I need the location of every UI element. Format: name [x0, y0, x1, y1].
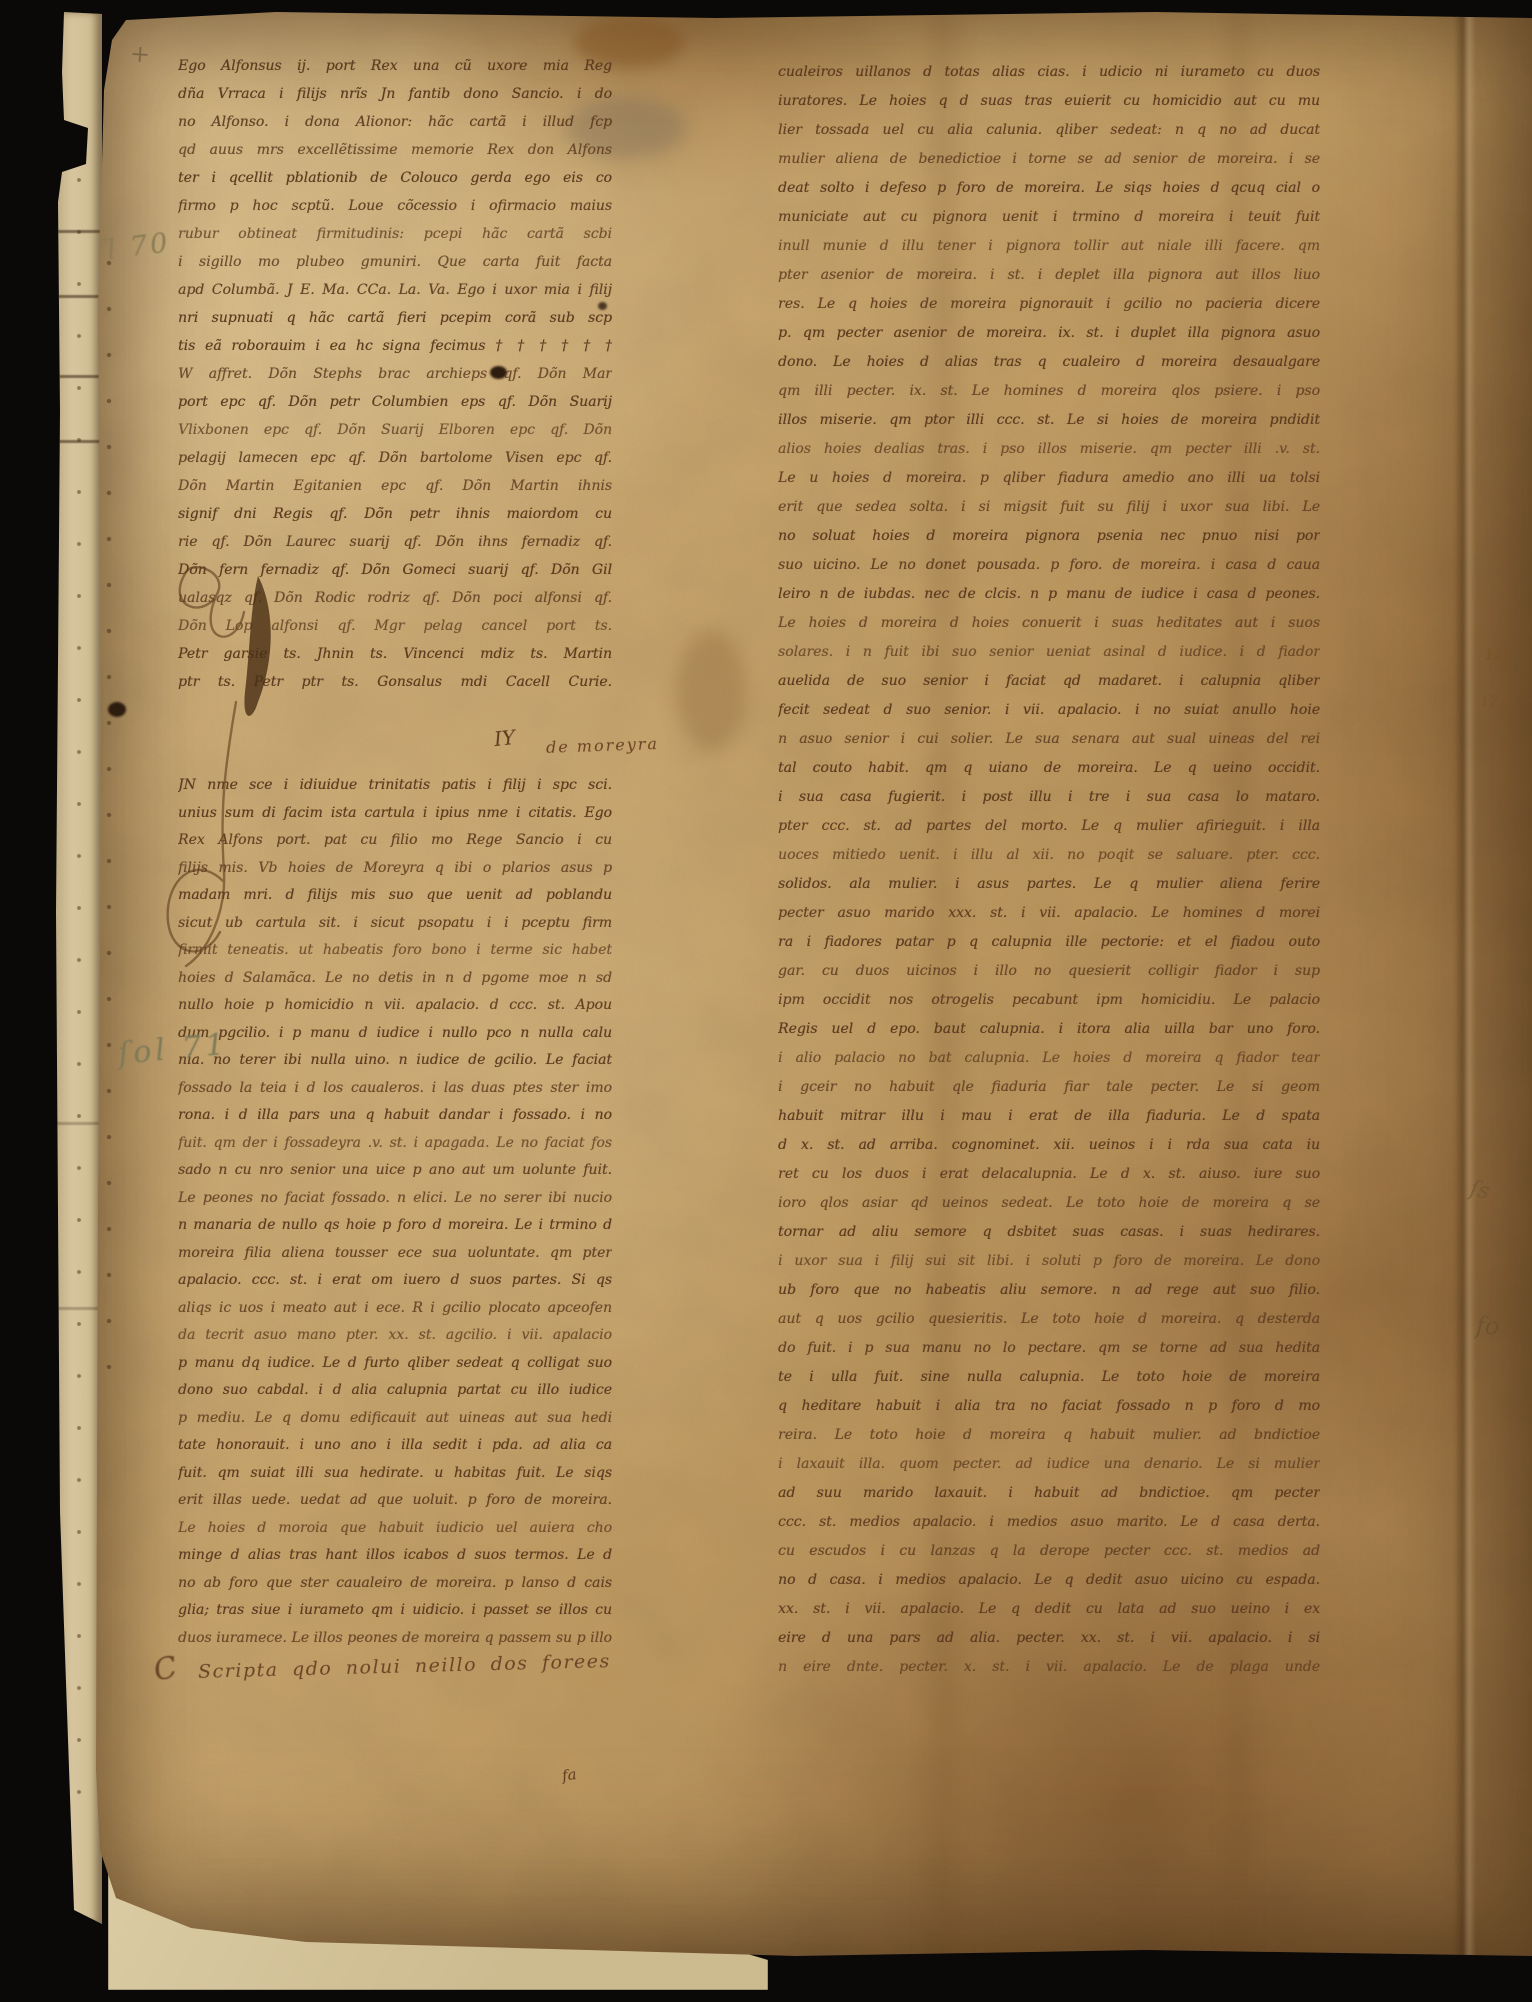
manuscript-photograph: Ego Alfonsus ij. port Rex una cũ uxore m…	[0, 0, 1532, 2002]
manuscript-text-line: auelida de suo senior i faciat qd madare…	[778, 667, 1320, 696]
manuscript-text-line: ret cu los duos i erat delacalupnia. Le …	[778, 1160, 1320, 1189]
text-column-2: cualeiros uillanos d totas alias cias. i…	[778, 58, 1320, 1682]
manuscript-text-line: sado n cu nro senior una uice p ano aut …	[178, 1157, 612, 1185]
bottom-center-mark: fa	[561, 1765, 578, 1785]
manuscript-text-line: gar. cu duos uicinos i illo no quesierit…	[778, 957, 1320, 986]
manuscript-text-line: no soluat hoies d moreira pignora psenia…	[778, 522, 1320, 551]
manuscript-text-line: q heditare habuit i alia tra no faciat f…	[778, 1392, 1320, 1421]
manuscript-text-line: tornar ad aliu semore q dsbitet suas cas…	[778, 1218, 1320, 1247]
manuscript-text-line: Vlixbonen epc qf. Dõn Suarij Elboren epc…	[178, 416, 612, 444]
manuscript-text-line: tal couto habit. qm q uiano de moreira. …	[778, 754, 1320, 783]
manuscript-text-line: ub foro que no habeatis aliu semore. n a…	[778, 1276, 1320, 1305]
vertical-crease-line	[1454, 10, 1476, 1958]
manuscript-text-line: tis eã roborauim i ea hc signa fecimus †…	[178, 332, 612, 360]
manuscript-text-line: dono. Le hoies d alias tras q cualeiro d…	[778, 348, 1320, 377]
manuscript-text-line: apalacio. ccc. st. i erat om iuero d suo…	[178, 1267, 612, 1295]
manuscript-text-line: cu escudos i cu lanzas q la derope pecte…	[778, 1537, 1320, 1566]
manuscript-text-line: Regis uel d epo. baut calupnia. i itora …	[778, 1015, 1320, 1044]
manuscript-text-line: cualeiros uillanos d totas alias cias. i…	[778, 58, 1320, 87]
colophon-note: Scripta qdo nolui neillo dos forees	[198, 1647, 718, 1683]
manuscript-text-line: fuit. qm suiat illi sua hedirate. u habi…	[178, 1460, 612, 1488]
manuscript-text-line: ter i qcellit pblationib de Colouco gerd…	[178, 164, 612, 192]
manuscript-text-line: pter asenior de moreira. i st. i deplet …	[778, 261, 1320, 290]
manuscript-text-line: suo uicino. Le no donet pousada. p foro.…	[778, 551, 1320, 580]
folio-annotation-70: ſl 70	[92, 227, 172, 267]
manuscript-text-line: te i ulla fuit. sine nulla calupnia. Le …	[778, 1363, 1320, 1392]
pricking-dots	[106, 240, 112, 1370]
manuscript-text-line: Le hoies d moroia que habuit iudicio uel…	[178, 1515, 612, 1543]
manuscript-text-line: qm illi pecter. ix. st. Le homines d mor…	[778, 377, 1320, 406]
manuscript-text-line: Le u hoies d moreira. p qliber fiadura a…	[778, 464, 1320, 493]
manuscript-text-line: nullo hoie p homicidio n vii. apalacio. …	[178, 992, 612, 1020]
manuscript-text-line: ipm occidit nos otrogelis pecabunt ipm h…	[778, 986, 1320, 1015]
manuscript-text-line: erit que sedea solta. i si migsit fuit s…	[778, 493, 1320, 522]
manuscript-text-line: signif dni Regis qf. Dõn petr ihnis maio…	[178, 500, 612, 528]
manuscript-text-line: uoces mitiedo uenit. i illu al xii. no p…	[778, 841, 1320, 870]
manuscript-text-line: i uxor sua i filij sui sit libi. i solut…	[778, 1247, 1320, 1276]
manuscript-text-line: pelagij lamecen epc qf. Dõn bartolome Vi…	[178, 444, 612, 472]
manuscript-text-line: port epc qf. Dõn petr Columbien eps qf. …	[178, 388, 612, 416]
manuscript-text-line: minge d alias tras hant illos icabos d s…	[178, 1542, 612, 1570]
archival-number: 129	[1484, 646, 1513, 664]
manuscript-text-line: lier tossada uel cu alia calunia. qliber…	[778, 116, 1320, 145]
manuscript-text-line: p manu dq iudice. Le d furto qliber sede…	[178, 1350, 612, 1378]
manuscript-text-line: dum pgcilio. i p manu d iudice i nullo p…	[178, 1020, 612, 1048]
manuscript-text-line: nia. no terer ibi nulla uino. n iudice d…	[178, 1047, 612, 1075]
stain	[676, 630, 746, 750]
manuscript-text-line: duos iuramece. Le illos peones de moreir…	[178, 1625, 612, 1653]
manuscript-text-line: eire d una pars ad alia. pecter. xx. st.…	[778, 1624, 1320, 1653]
manuscript-text-line: glia; tras siue i iurameto qm i uidicio.…	[178, 1597, 612, 1625]
manuscript-text-line: nri supnuati q hãc cartã fieri pcepim co…	[178, 304, 612, 332]
manuscript-text-line: p. qm pecter asenior de moreira. ix. st.…	[778, 319, 1320, 348]
manuscript-text-line: pecter asuo marido xxx. st. i vii. apala…	[778, 899, 1320, 928]
manuscript-text-line: no ab foro que ster caualeiro de moreira…	[178, 1570, 612, 1598]
manuscript-text-line: fossado la teia i d los caualeros. i las…	[178, 1075, 612, 1103]
manuscript-text-line: W affret. Dõn Stephs brac archieps qf. D…	[178, 360, 612, 388]
manuscript-text-line: illos miserie. qm ptor illi ccc. st. Le …	[778, 406, 1320, 435]
manuscript-text-line: xx. st. i vii. apalacio. Le q dedit cu l…	[778, 1595, 1320, 1624]
manuscript-text-line: solidos. ala mulier. i asus partes. Le q…	[778, 870, 1320, 899]
manuscript-text-line: reira. Le toto hoie d moreira q habuit m…	[778, 1421, 1320, 1450]
manuscript-text-line: do fuit. i p sua manu no lo pectare. qm …	[778, 1334, 1320, 1363]
section-paragraph-mark: IY	[493, 725, 517, 751]
manuscript-text-line: i sua casa fugierit. i post illu i tre i…	[778, 783, 1320, 812]
manuscript-text-line: ra i fiadores patar p q calupnia ille pe…	[778, 928, 1320, 957]
manuscript-text-line: i gceir no habuit qle fiaduria fiar tale…	[778, 1073, 1320, 1102]
margin-squiggle: ſs	[1468, 1176, 1492, 1204]
manuscript-text-line: no Alfonso. i dona Alionor: hãc cartã i …	[178, 108, 612, 136]
manuscript-text-line: ioro qlos asiar qd ueinos sedeat. Le tot…	[778, 1189, 1320, 1218]
manuscript-text-line: aliqs ic uos i meato aut i ece. R i gcil…	[178, 1295, 612, 1323]
manuscript-text-line: tate honorauit. i uno ano i illa sedit i…	[178, 1432, 612, 1460]
manuscript-text-line: mulier aliena de benedictioe i torne se …	[778, 145, 1320, 174]
manuscript-text-line: n manaria de nullo qs hoie p foro d more…	[178, 1212, 612, 1240]
manuscript-text-line: ad suu marido laxauit. i habuit ad bndic…	[778, 1479, 1320, 1508]
parchment-page: Ego Alfonsus ij. port Rex una cũ uxore m…	[96, 10, 1532, 1958]
manuscript-text-line: Ego Alfonsus ij. port Rex una cũ uxore m…	[178, 52, 612, 80]
top-cross-mark: +	[129, 39, 151, 68]
manuscript-text-line: res. Le q hoies de moreira pignorauit i …	[778, 290, 1320, 319]
manuscript-text-line: fuit. qm der i fossadeyra .v. st. i apag…	[178, 1130, 612, 1158]
manuscript-text-line: rubur obtineat firmitudinis: pcepi hãc c…	[178, 220, 612, 248]
manuscript-text-line: dono suo cabdal. i d alia calupnia parta…	[178, 1377, 612, 1405]
manuscript-text-line: Le peones no faciat fossado. n elici. Le…	[178, 1185, 612, 1213]
archival-number: 12.7	[1480, 692, 1513, 710]
manuscript-text-line: d x. st. ad arriba. cognominet. xii. uei…	[778, 1131, 1320, 1160]
manuscript-text-line: iuratores. Le hoies q d suas tras euieri…	[778, 87, 1320, 116]
manuscript-text-line: deat solto i defeso p foro de moreira. L…	[778, 174, 1320, 203]
manuscript-text-line: dña Vrraca i filijs nrĩs Jn fantib dono …	[178, 80, 612, 108]
manuscript-text-line: apd Columbã. J E. Ma. CCa. La. Va. Ego i…	[178, 276, 612, 304]
manuscript-text-line: fecit sedeat d suo senior. i vii. apalac…	[778, 696, 1320, 725]
manuscript-text-line: i laxauit illa. quom pecter. ad iudice u…	[778, 1450, 1320, 1479]
manuscript-text-line: Le hoies d moreira d hoies conuerit i su…	[778, 609, 1320, 638]
manuscript-text-line: ccc. st. medios apalacio. i medios asuo …	[778, 1508, 1320, 1537]
section-heading-moreyra: de moreyra	[546, 734, 660, 757]
manuscript-text-line: no d casa. i medios apalacio. Le q dedit…	[778, 1566, 1320, 1595]
manuscript-text-line: Dõn Martin Egitanien epc qf. Dõn Martin …	[178, 472, 612, 500]
manuscript-text-line: qd auus mrs excellẽtissime memorie Rex d…	[178, 136, 612, 164]
manuscript-text-line: habuit mitrar illu i mau i erat de illa …	[778, 1102, 1320, 1131]
manuscript-text-line: moreira filia aliena tousser ece sua uol…	[178, 1240, 612, 1268]
manuscript-text-line: inull munie d illu tener i pignora tolli…	[778, 232, 1320, 261]
pen-flourish-drawing	[124, 550, 294, 980]
manuscript-text-line: rona. i d illa pars una q habuit dandar …	[178, 1102, 612, 1130]
manuscript-text-line: i alio palacio no bat calupnia. Le hoies…	[778, 1044, 1320, 1073]
manuscript-text-line: p mediu. Le q domu edificauit aut uineas…	[178, 1405, 612, 1433]
manuscript-text-line: erit illas uede. uedat ad que uoluit. p …	[178, 1487, 612, 1515]
sewing-holes	[76, 102, 82, 1802]
manuscript-text-line: solares. i n fuit ibi suo senior ueniat …	[778, 638, 1320, 667]
manuscript-text-line: municiate aut cu pignora uenit i trmino …	[778, 203, 1320, 232]
manuscript-text-line: i sigillo mo plubeo gmuniri. Que carta f…	[178, 248, 612, 276]
margin-squiggle: fo	[1475, 1311, 1500, 1340]
manuscript-text-line: aut q uos gcilio quesieritis. Le toto ho…	[778, 1305, 1320, 1334]
manuscript-text-line: pter ccc. st. ad partes del morto. Le q …	[778, 812, 1320, 841]
colophon-swash: C	[151, 1650, 181, 1689]
manuscript-text-line: firmo p hoc scptũ. Loue cõcessio i ofirm…	[178, 192, 612, 220]
manuscript-text-line: n eire dnte. pecter. x. st. i vii. apala…	[778, 1653, 1320, 1682]
manuscript-text-line: leiro n de iubdas. nec de clcis. n p man…	[778, 580, 1320, 609]
binding-stub	[52, 12, 102, 1924]
manuscript-text-line: da tecrit asuo mano pter. xx. st. agcili…	[178, 1322, 612, 1350]
manuscript-text-line: alios hoies dealias tras. i pso illos mi…	[778, 435, 1320, 464]
manuscript-text-line: n asuo senior i cui solier. Le sua senar…	[778, 725, 1320, 754]
